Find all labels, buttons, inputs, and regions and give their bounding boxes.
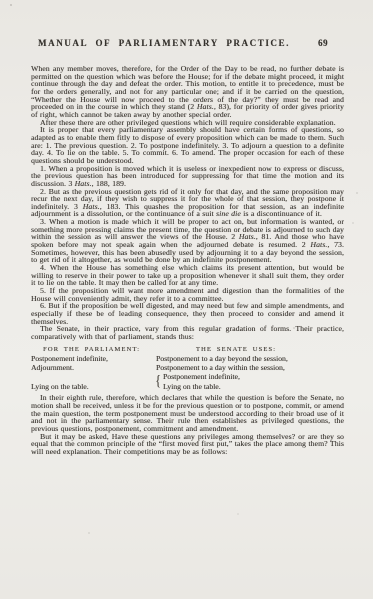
scan-artifact: [293, 327, 295, 329]
scan-artifact: [352, 222, 354, 224]
comparison-table: FOR THE PARLIAMENT: Postponement indefin…: [31, 346, 344, 392]
paragraph: But it may be asked, Have these question…: [31, 433, 344, 456]
scan-artifact: [356, 192, 358, 194]
paragraph: 2. But as the previous question gets rid…: [31, 188, 344, 219]
braced-row-group: { Postponement indefinite, Lying on the …: [156, 372, 344, 391]
body-text-upper: When any member moves, therefore, for th…: [31, 65, 344, 341]
page-number: 69: [318, 38, 328, 48]
table-row: Postponement indefinite,: [163, 372, 344, 381]
table-row: Postponement indefinite,: [31, 354, 156, 363]
paragraph: The Senate, in their practice, vary from…: [31, 325, 344, 340]
scan-artifact: [237, 513, 239, 515]
page-header: MANUAL OF PARLIAMENTARY PRACTICE. 69: [31, 38, 344, 49]
paragraph: When any member moves, therefore, for th…: [31, 65, 344, 119]
table-row-spacer: [31, 372, 156, 381]
brace-icon: {: [155, 372, 161, 391]
parliament-column-header: FOR THE PARLIAMENT:: [43, 346, 156, 353]
table-row: Lying on the table.: [31, 382, 156, 391]
page-content: MANUAL OF PARLIAMENTARY PRACTICE. 69 Whe…: [31, 36, 344, 456]
running-title: MANUAL OF PARLIAMENTARY PRACTICE.: [31, 38, 297, 48]
senate-column: THE SENATE USES: Postponement to a day b…: [156, 346, 344, 392]
table-row: Lying on the table.: [163, 382, 344, 391]
senate-column-header: THE SENATE USES:: [156, 346, 344, 353]
book-page: MANUAL OF PARLIAMENTARY PRACTICE. 69 Whe…: [0, 0, 373, 599]
parliament-column: FOR THE PARLIAMENT: Postponement indefin…: [31, 346, 156, 392]
paragraph: In their eighth rule, therefore, which d…: [31, 394, 344, 432]
paragraph: 5. If the proposition will want more ame…: [31, 287, 344, 302]
paragraph: 4. When the House has something else whi…: [31, 264, 344, 287]
body-text-lower: In their eighth rule, therefore, which d…: [31, 394, 344, 455]
table-row: Adjournment.: [31, 363, 156, 372]
table-row: Postponement to a day beyond the session…: [156, 354, 344, 363]
paragraph: 1. When a proposition is moved which it …: [31, 165, 344, 188]
table-row: Postponement to a day within the session…: [156, 363, 344, 372]
paragraph: 6. But if the proposition be well digest…: [31, 302, 344, 325]
scan-artifact: [88, 532, 90, 534]
scan-artifact: [10, 4, 12, 6]
paragraph: It is proper that every parliamentary as…: [31, 126, 344, 164]
paragraph: 3. When a motion is made which it will b…: [31, 218, 344, 264]
